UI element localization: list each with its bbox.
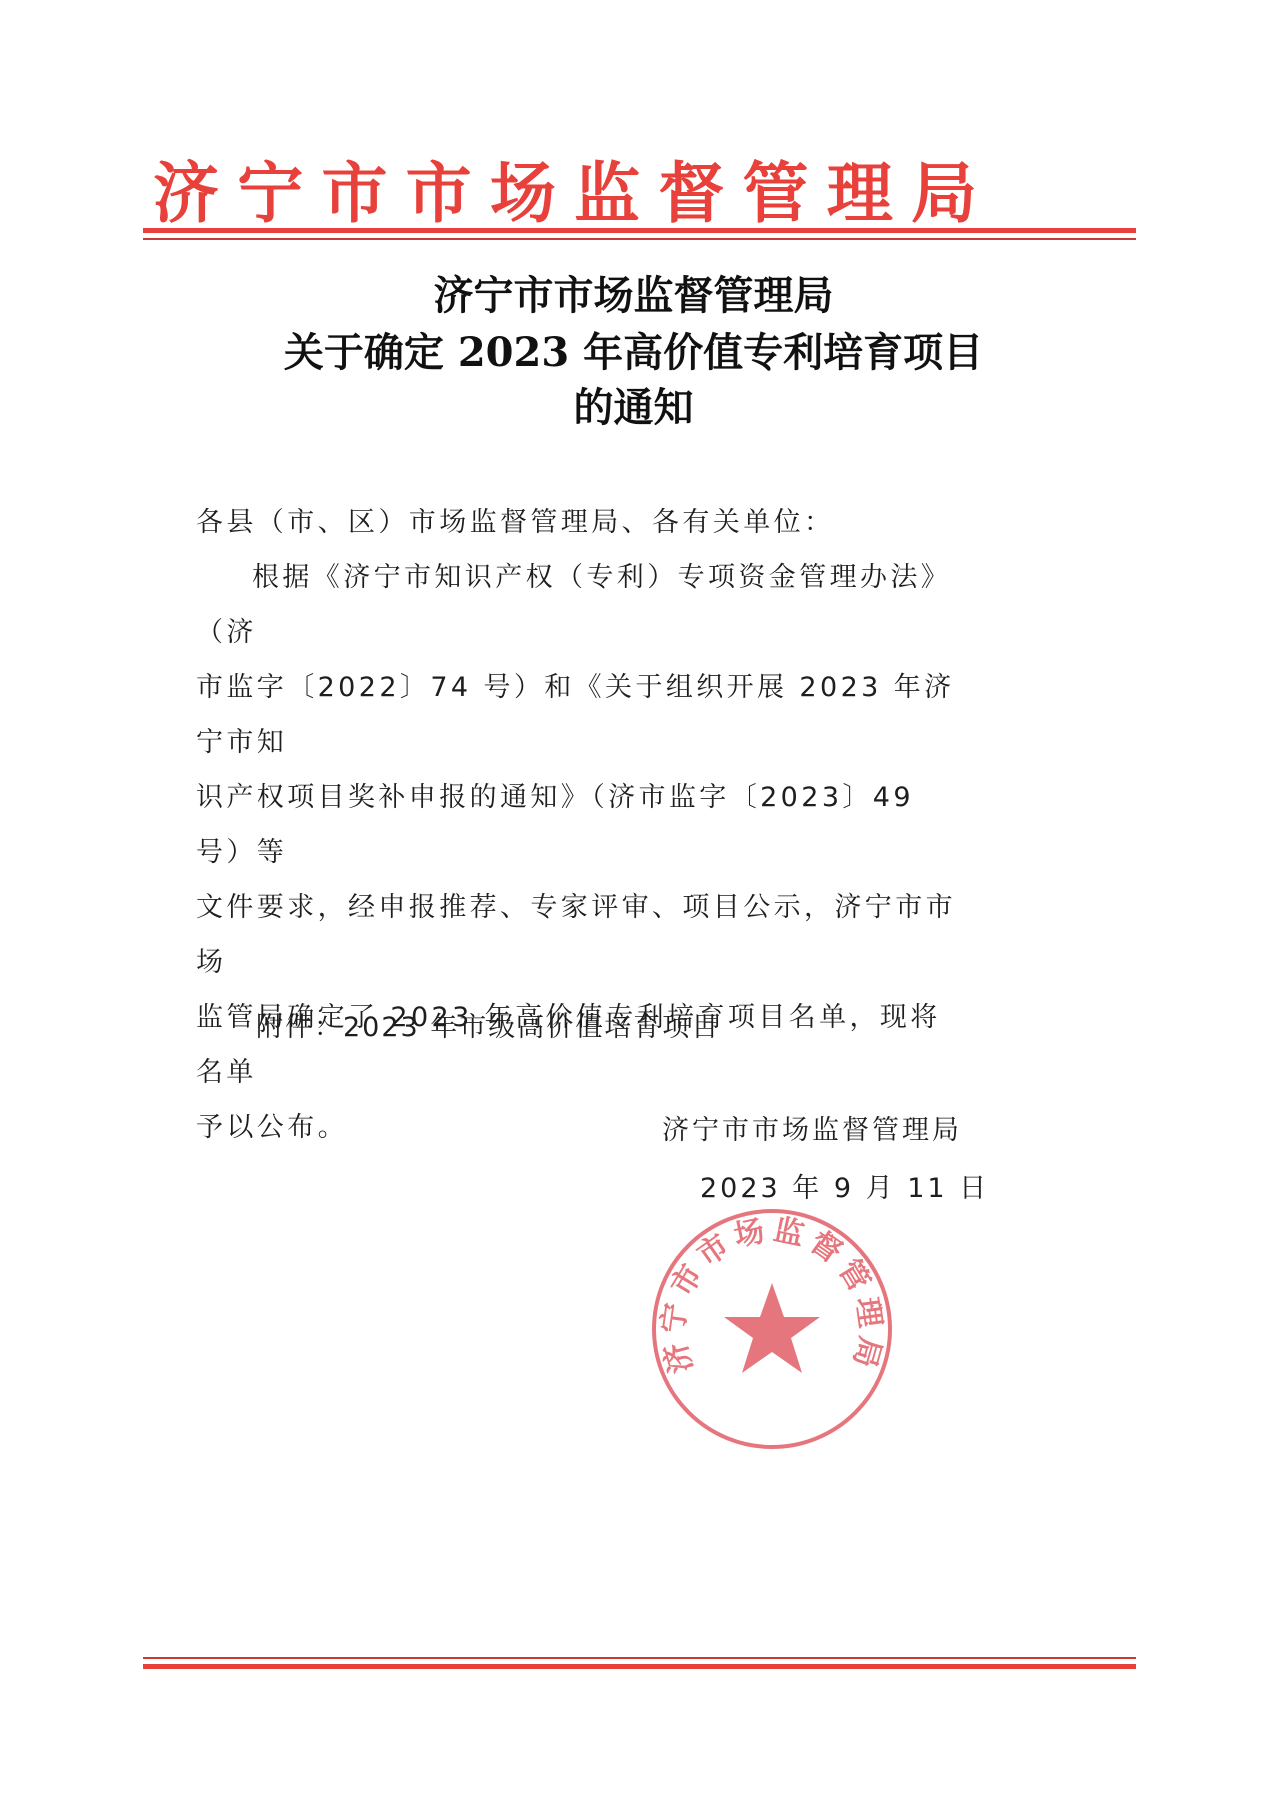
letterhead-char: 管 bbox=[740, 140, 812, 235]
letterhead-char: 局 bbox=[908, 140, 980, 235]
letterhead: 济 宁 市 市 场 监 督 管 理 局 bbox=[150, 150, 980, 225]
letterhead-char: 市 bbox=[403, 140, 475, 235]
signature-org: 济宁市市场监督管理局 bbox=[662, 1108, 962, 1147]
footer-rule-thin bbox=[143, 1657, 1136, 1659]
attachment-note: 附件：2023 年市级高价值培育项目 bbox=[256, 1005, 720, 1044]
header-rule-thin bbox=[143, 238, 1136, 240]
body-line: 文件要求，经申报推荐、专家评审、项目公示，济宁市市场 bbox=[196, 880, 971, 990]
salutation: 各县（市、区）市场监督管理局、各有关单位： bbox=[196, 495, 971, 550]
signature-date: 2023 年 9 月 11 日 bbox=[700, 1166, 989, 1205]
seal-text: 济宁市市场监督管理局 bbox=[656, 1213, 889, 1378]
svg-text:济宁市市场监督管理局: 济宁市市场监督管理局 bbox=[656, 1213, 889, 1378]
document-title-line-1: 济宁市市场监督管理局 bbox=[0, 268, 1267, 324]
letterhead-char: 督 bbox=[655, 140, 727, 235]
official-seal: 济宁市市场监督管理局 bbox=[648, 1205, 896, 1453]
body-line: 根据《济宁市知识产权（专利）专项资金管理办法》（济 bbox=[196, 550, 971, 660]
footer-rule-thick bbox=[143, 1664, 1136, 1669]
letterhead-char: 市 bbox=[318, 140, 390, 235]
seal-graphic: 济宁市市场监督管理局 bbox=[648, 1205, 896, 1453]
document-title-line-2: 关于确定 2023 年高价值专利培育项目 bbox=[0, 325, 1267, 381]
header-rule-thick bbox=[143, 228, 1136, 233]
body-line: 识产权项目奖补申报的通知》（济市监字〔2023〕49 号）等 bbox=[196, 770, 971, 880]
letterhead-char: 监 bbox=[571, 140, 643, 235]
body-line: 市监字〔2022〕74 号）和《关于组织开展 2023 年济宁市知 bbox=[196, 660, 971, 770]
letterhead-char: 宁 bbox=[234, 140, 306, 235]
document-body: 各县（市、区）市场监督管理局、各有关单位： 根据《济宁市知识产权（专利）专项资金… bbox=[196, 495, 971, 1155]
document-title-line-3: 的通知 bbox=[0, 380, 1267, 436]
star-icon bbox=[724, 1283, 820, 1373]
letterhead-char: 济 bbox=[150, 140, 222, 235]
letterhead-char: 理 bbox=[824, 140, 896, 235]
letterhead-char: 场 bbox=[487, 140, 559, 235]
